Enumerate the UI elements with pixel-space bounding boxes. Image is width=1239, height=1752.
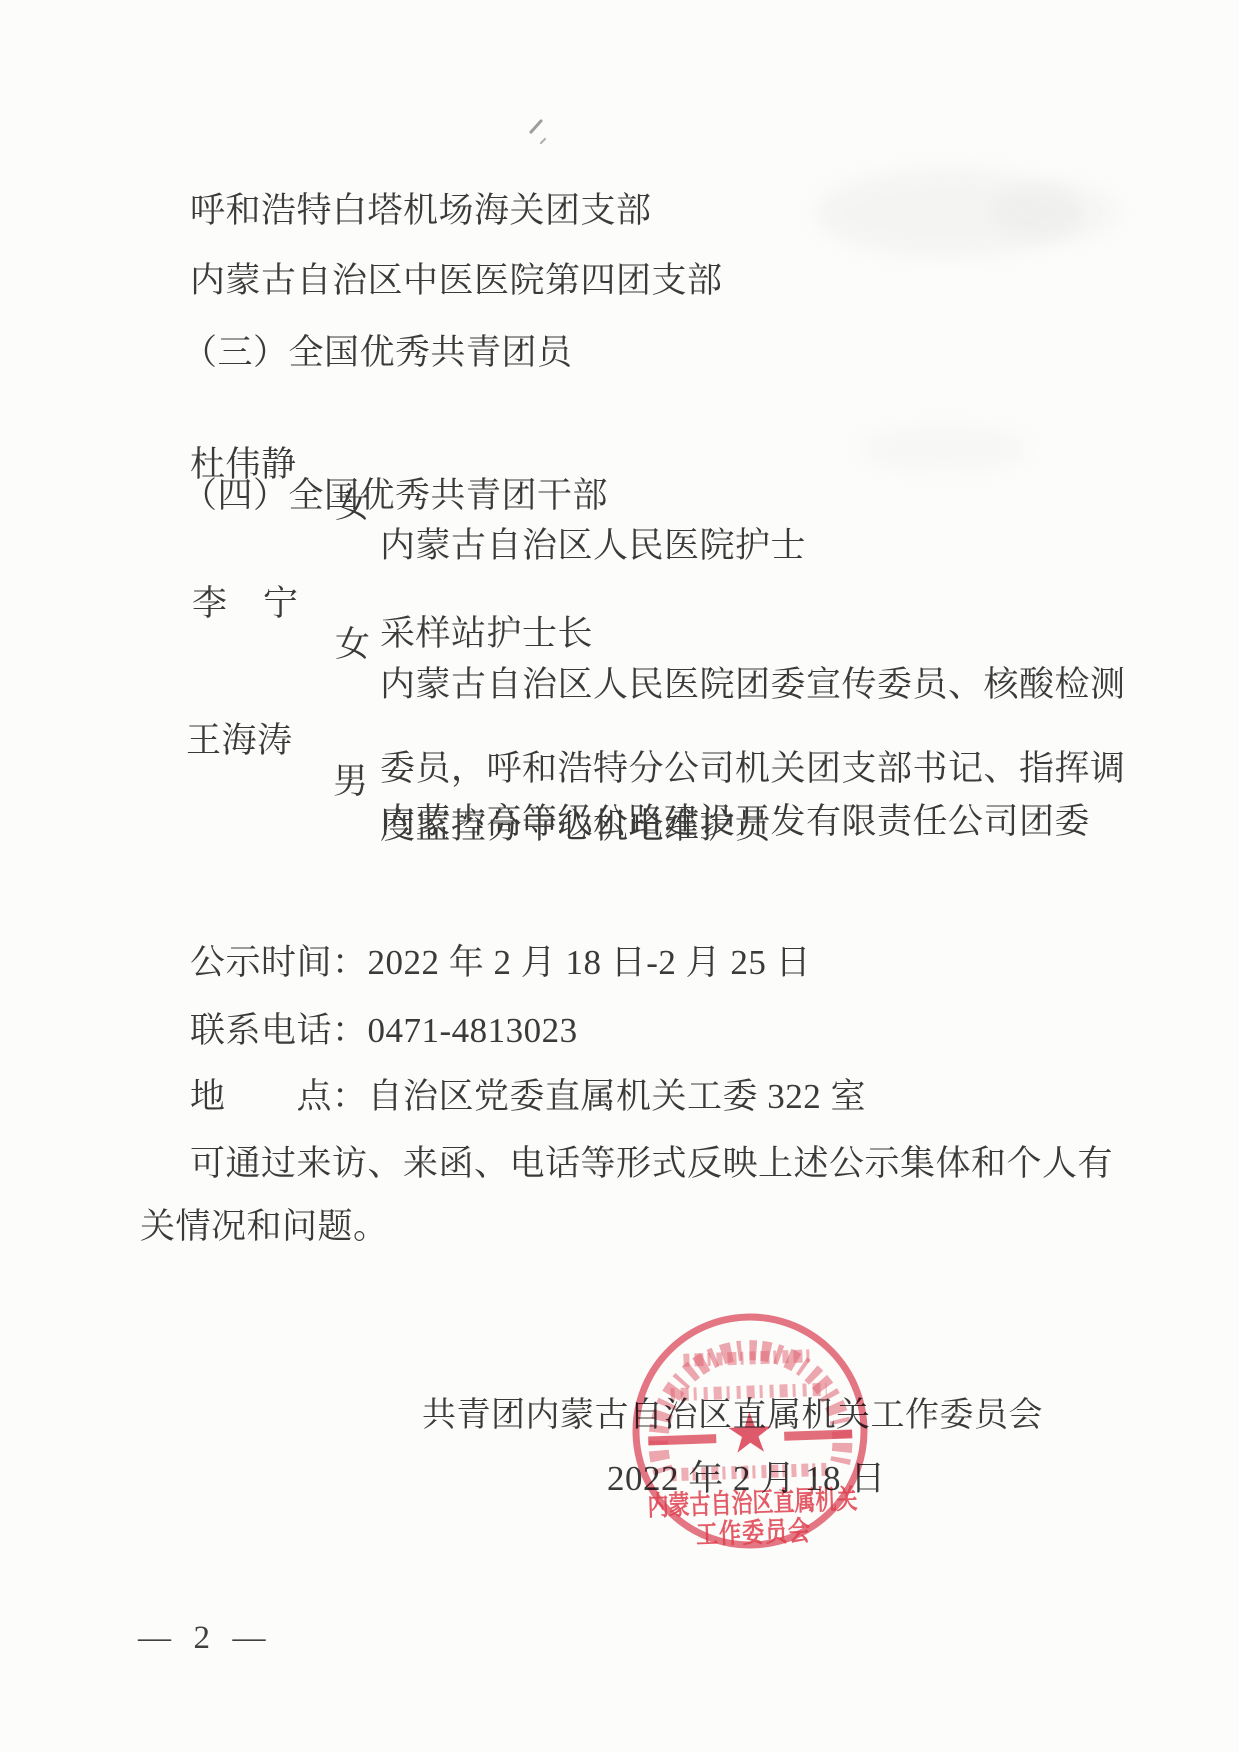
- document-page: 呼和浩特白塔机场海关团支部 内蒙古自治区中医医院第四团支部 （三）全国优秀共青团…: [0, 0, 1239, 1752]
- star-icon: ★: [719, 1405, 781, 1463]
- seal-right-bar: [784, 1429, 852, 1440]
- entry-description-wrap: 委员，呼和浩特分公司机关团支部书记、指挥调: [380, 749, 1126, 789]
- branch-line-1: 呼和浩特白塔机场海关团支部: [190, 191, 652, 231]
- entry-description-wrap: 采样站护士长: [380, 614, 593, 654]
- entry-description-wrap: 度监控分中心机电维护员: [380, 807, 771, 847]
- entry-name: 李 宁: [192, 584, 299, 624]
- section-heading-3: （三）全国优秀共青团员: [182, 333, 573, 373]
- page-number: — 2 —: [138, 1620, 268, 1658]
- pen-mark: [539, 137, 546, 144]
- seal-left-bar: [648, 1434, 716, 1445]
- feedback-line-2: 关情况和问题。: [140, 1207, 389, 1247]
- location: 地 点：自治区党委直属机关工委 322 室: [190, 1077, 866, 1117]
- seal-script-row: [671, 1389, 827, 1394]
- pen-mark: [529, 119, 543, 134]
- entry-gender: 男: [333, 762, 369, 802]
- section-heading-4: （四）全国优秀共青团干部: [182, 476, 608, 516]
- entry-name: 王海涛: [186, 721, 293, 761]
- scan-artifact: [990, 182, 1120, 242]
- seal-script-row: [671, 1469, 831, 1475]
- official-seal: ★ 内蒙古自治区直属机关 工作委员会: [624, 1302, 877, 1560]
- contact-phone: 联系电话：0471-4813023: [190, 1011, 578, 1051]
- entry-gender: 女: [335, 625, 371, 665]
- publicity-time: 公示时间：2022 年 2 月 18 日-2 月 25 日: [190, 943, 811, 983]
- branch-line-2: 内蒙古自治区中医医院第四团支部: [190, 261, 723, 301]
- feedback-line-1: 可通过来访、来函、电话等形式反映上述公示集体和个人有: [190, 1144, 1113, 1184]
